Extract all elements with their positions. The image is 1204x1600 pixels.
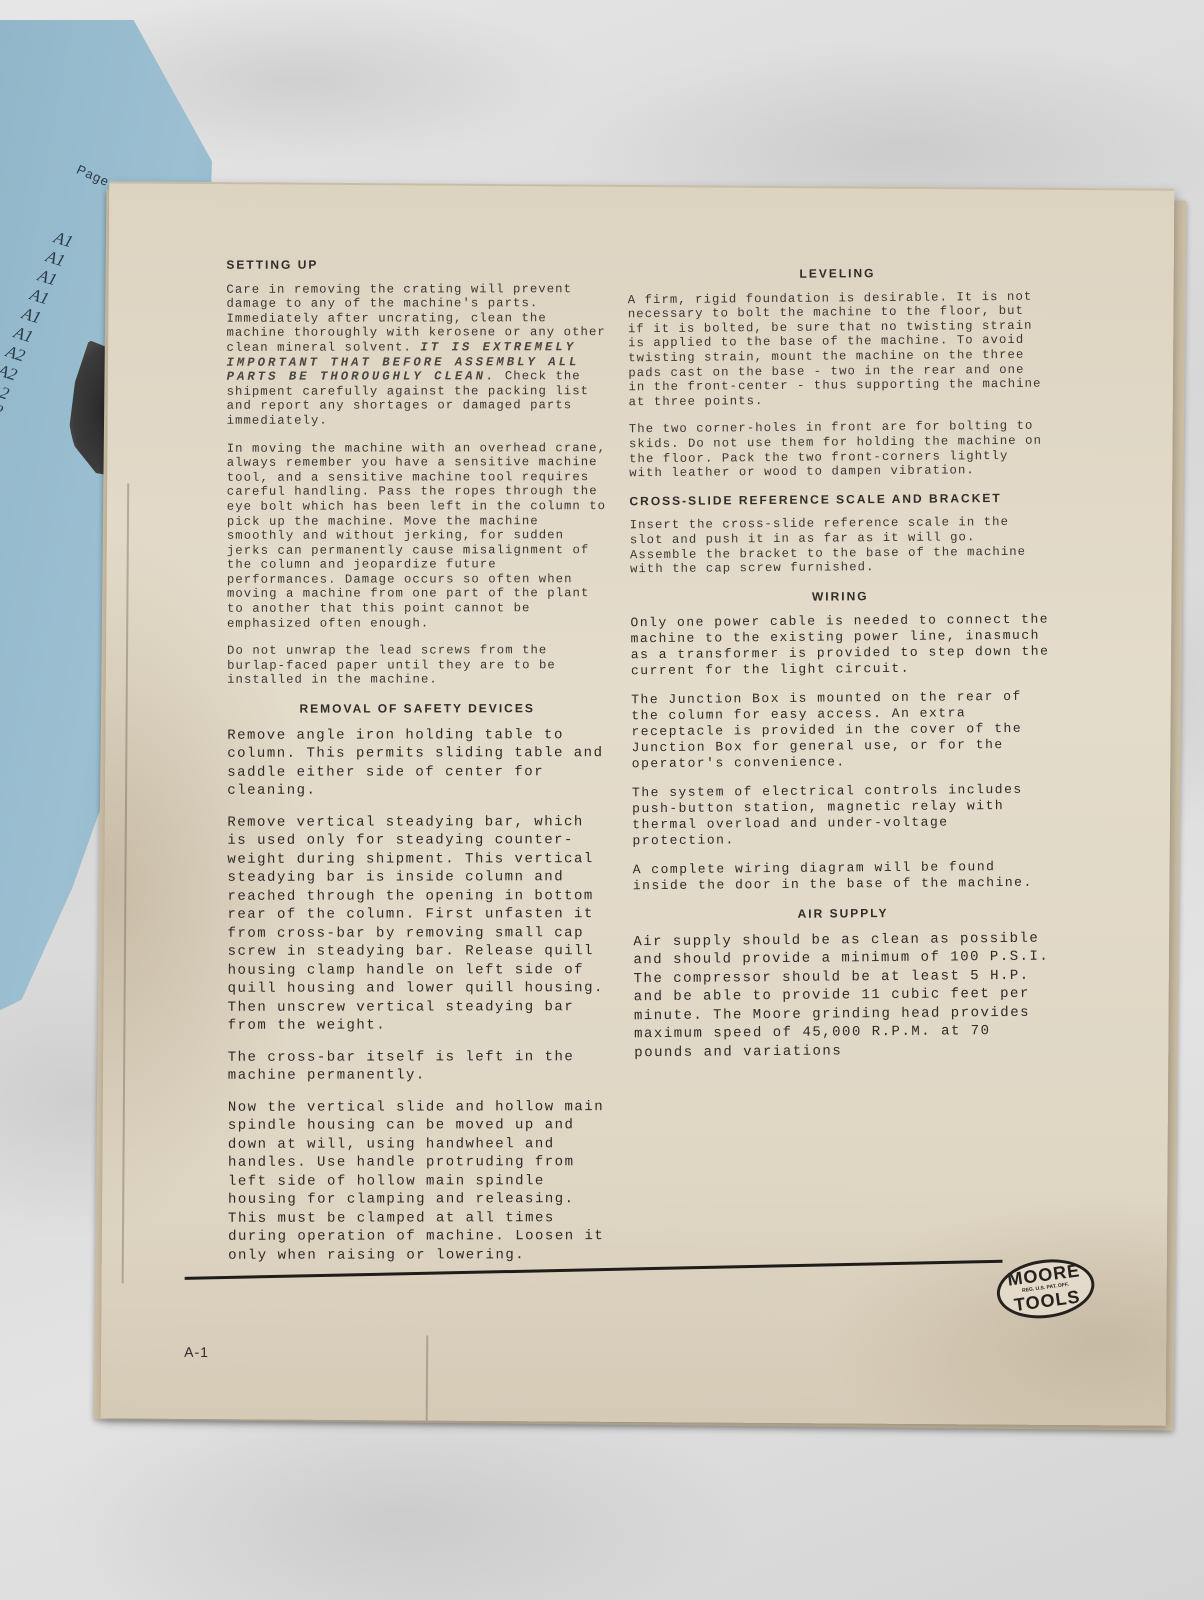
air-supply-paragraph-1: Air supply should be as clean as possibl…	[633, 929, 1054, 1062]
left-column: SETTING UP Care in removing the crating …	[226, 257, 608, 1278]
page-crease	[426, 1336, 429, 1421]
wiring-paragraph-3: The system of electrical controls includ…	[632, 782, 1053, 850]
manual-page: SETTING UP Care in removing the crating …	[101, 181, 1175, 1425]
removal-paragraph-2: Remove vertical steadying bar, which is …	[227, 813, 607, 1036]
page-crease	[122, 483, 130, 1283]
setting-up-paragraph-3: Do not unwrap the lead screws from the b…	[227, 643, 607, 687]
wiring-paragraph-4: A complete wiring diagram will be found …	[633, 859, 1053, 895]
setting-up-paragraph-2: In moving the machine with an overhead c…	[227, 441, 607, 631]
setting-up-paragraph-1: Care in removing the crating will preven…	[226, 282, 606, 429]
removal-paragraph-4: Now the vertical slide and hollow main s…	[228, 1098, 608, 1265]
cross-slide-paragraph-1: Insert the cross-slide reference scale i…	[630, 515, 1050, 577]
removal-paragraph-1: Remove angle iron holding table to colum…	[227, 726, 607, 801]
right-column: LEVELING A firm, rigid foundation is des…	[627, 265, 1054, 1076]
moore-tools-logo: MOORE REG. U.S. PAT. OFF. TOOLS	[993, 1254, 1098, 1324]
wiring-paragraph-1: Only one power cable is needed to connec…	[630, 612, 1051, 680]
section-heading-leveling: LEVELING	[627, 265, 1047, 283]
section-heading-setting-up: SETTING UP	[226, 257, 606, 272]
section-heading-removal-of-safety-devices: REMOVAL OF SAFETY DEVICES	[227, 701, 607, 716]
leveling-paragraph-2: The two corner-holes in front are for bo…	[629, 419, 1049, 481]
wiring-paragraph-2: The Junction Box is mounted on the rear …	[631, 689, 1052, 773]
section-heading-cross-slide: CROSS-SLIDE REFERENCE SCALE AND BRACKET	[629, 490, 1049, 508]
section-heading-wiring: WIRING	[630, 587, 1050, 605]
section-heading-air-supply: AIR SUPPLY	[633, 905, 1053, 923]
removal-paragraph-3: The cross-bar itself is left in the mach…	[228, 1048, 608, 1086]
page-number: A-1	[184, 1344, 209, 1360]
leveling-paragraph-1: A firm, rigid foundation is desirable. I…	[628, 289, 1049, 409]
